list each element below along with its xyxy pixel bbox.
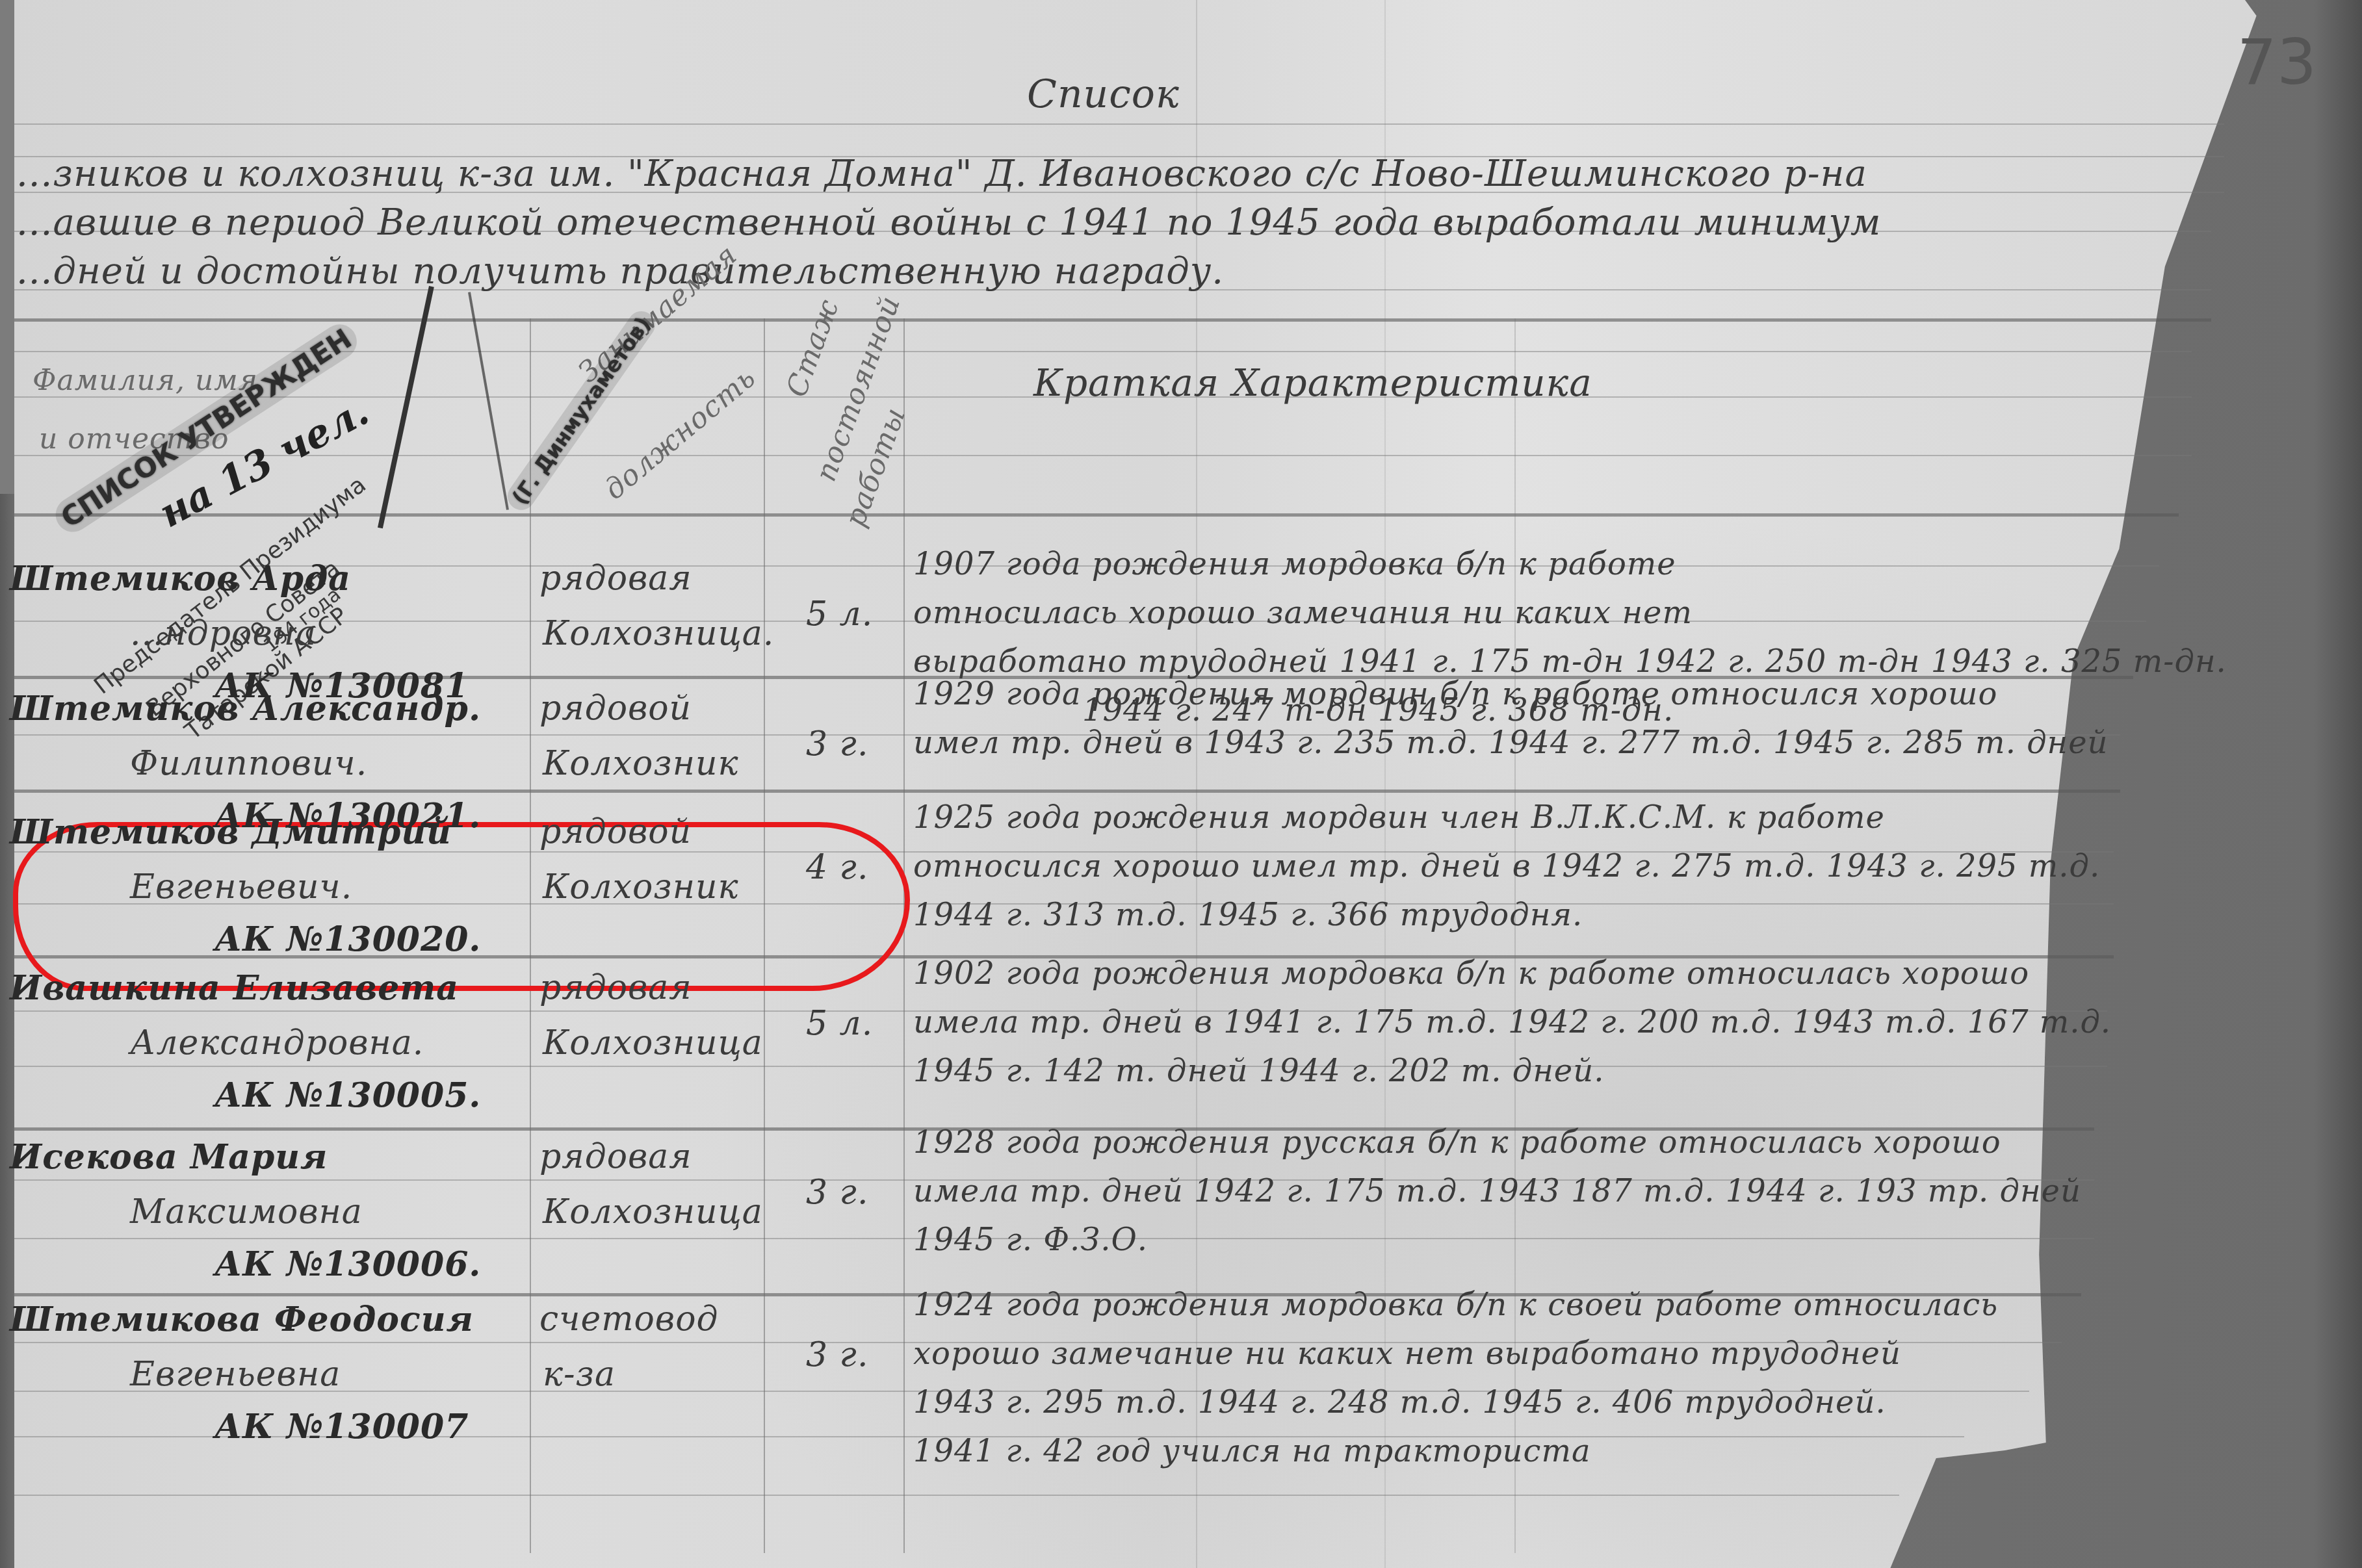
binding-edge [0, 0, 16, 494]
intro-line-2: ...авшие в период Великой отечественной … [16, 201, 1881, 244]
award-id: АК №130006. [214, 1244, 481, 1284]
characteristic-line: 1902 года рождения мордовка б/п к работе… [913, 955, 2029, 992]
position-title: Колхозник [543, 744, 738, 783]
characteristic-line: относилась хорошо замечания ни каких нет [913, 595, 1693, 631]
position-title: Колхозник [543, 868, 738, 906]
tenure: 3 г. [806, 725, 868, 764]
table-top-border [14, 318, 2211, 322]
characteristic-line: 1941 г. 42 год учился на тракториста [913, 1433, 1591, 1469]
award-id: АК №130020. [214, 919, 481, 959]
person-patronymic: ...ндровна [130, 614, 317, 653]
tenure: 5 л. [806, 1004, 873, 1043]
characteristic-line: 1945 г. 142 т. дней 1944 г. 202 т. дней. [913, 1053, 1604, 1089]
person-patronymic: Филиппович. [130, 744, 367, 783]
position-title: Колхозница [543, 1023, 763, 1062]
person-name: Ивашкина Елизавета [10, 968, 459, 1008]
characteristic-line: 1924 года рождения мордовка б/п к своей … [913, 1287, 1998, 1323]
characteristic-line: имел тр. дней в 1943 г. 235 т.д. 1944 г.… [913, 725, 2109, 761]
person-name: Штемиков Александр. [10, 689, 481, 728]
characteristic-line: выработано трудодней 1941 г. 175 т-дн 19… [913, 643, 2227, 680]
person-name: Штемиков Арда [10, 559, 351, 598]
intro-line-1: ...зников и колхозниц к-за им. "Красная … [16, 153, 1867, 195]
tenure: 3 г. [806, 1173, 868, 1212]
characteristic-line: относился хорошо имел тр. дней в 1942 г.… [913, 848, 2100, 884]
characteristic-line: 1928 года рождения русская б/п к работе … [913, 1124, 2001, 1161]
characteristic-line: 1945 г. Ф.З.О. [913, 1222, 1148, 1258]
document-title: Список [1027, 71, 1180, 117]
person-name: Исекова Мария [10, 1137, 328, 1177]
characteristic-line: имела тр. дней 1942 г. 175 т.д. 1943 187… [913, 1173, 2081, 1209]
person-name: Штемикова Феодосия [10, 1300, 474, 1339]
tenure: 4 г. [806, 848, 868, 887]
award-id: АК №130005. [214, 1075, 481, 1115]
award-id: АК №130007 [214, 1407, 469, 1446]
characteristic-line: хорошо замечание ни каких нет выработано… [913, 1335, 1901, 1372]
page-number: 73 [2237, 26, 2317, 99]
tenure: 3 г. [806, 1335, 868, 1374]
person-patronymic: Максимовна [130, 1192, 363, 1231]
position-title: к-за [543, 1355, 616, 1394]
characteristic-line: 1907 года рождения мордовка б/п к работе [913, 546, 1676, 582]
position-rank: рядовая [539, 968, 692, 1007]
position-rank: рядовая [539, 1137, 692, 1176]
intro-line-3: ...дней и достойны получить правительств… [16, 250, 1224, 292]
column-header-characteristic: Краткая Характеристика [1033, 361, 1592, 405]
characteristic-line: 1944 г. 313 т.д. 1945 г. 366 трудодня. [913, 897, 1583, 933]
person-patronymic: Евгеньевна [130, 1355, 341, 1394]
position-title: Колхозница. [543, 614, 774, 653]
position-title: Колхозница [543, 1192, 763, 1231]
characteristic-line: 1925 года рождения мордвин член В.Л.К.С.… [913, 799, 1885, 836]
characteristic-line: 1929 года рождения мордвин б/п к работе … [913, 676, 1997, 712]
position-rank: рядовая [539, 559, 692, 598]
position-rank: рядовой [539, 812, 692, 851]
position-rank: счетовод [539, 1300, 718, 1339]
position-rank: рядовой [539, 689, 692, 728]
tenure: 5 л. [806, 595, 873, 634]
person-patronymic: Александровна. [130, 1023, 424, 1062]
person-patronymic: Евгеньевич. [130, 868, 352, 906]
characteristic-line: имела тр. дней в 1941 г. 175 т.д. 1942 г… [913, 1004, 2111, 1040]
person-name: Штемиков Дмитрий [10, 812, 452, 852]
characteristic-line: 1943 г. 295 т.д. 1944 г. 248 т.д. 1945 г… [913, 1384, 1886, 1420]
